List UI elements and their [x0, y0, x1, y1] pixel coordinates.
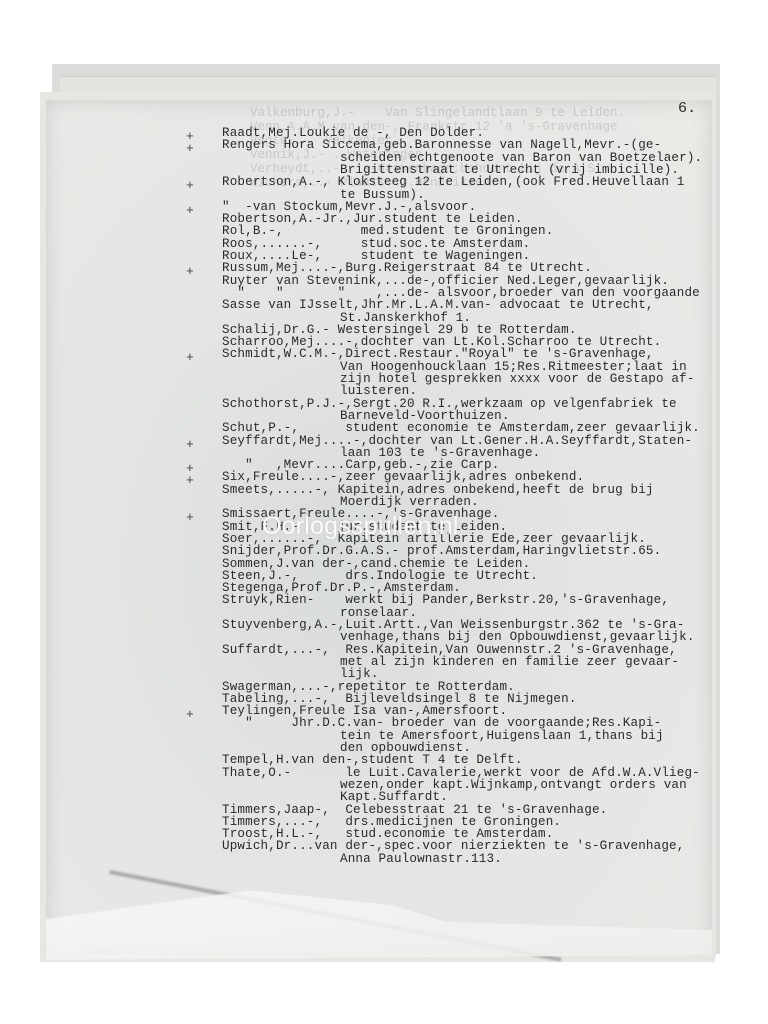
plus-mark-icon: + [186, 264, 194, 279]
entry-continuation: Anna Paulownastr.113. [340, 853, 502, 866]
plus-mark-icon: + [186, 350, 194, 365]
entry-line: Robertson,A.-, Kloksteeg 12 te Leiden,(o… [222, 176, 684, 189]
plus-mark-icon: + [186, 437, 194, 452]
plus-mark-icon: + [186, 178, 194, 193]
plus-mark-icon: + [186, 510, 194, 525]
plus-mark-icon: + [186, 473, 194, 488]
watermark: Oorlogsspullen.nl [262, 512, 459, 541]
plus-mark-icon: + [186, 141, 194, 156]
entry-continuation: met al zijn kinderen en familie zeer gev… [340, 656, 679, 669]
page-number: 6. [678, 100, 696, 117]
plus-mark-icon: + [186, 707, 194, 722]
entry-line: Struyk,Rien- werkt bij Pander,Berkstr.20… [222, 594, 669, 607]
plus-mark-icon: + [186, 203, 194, 218]
